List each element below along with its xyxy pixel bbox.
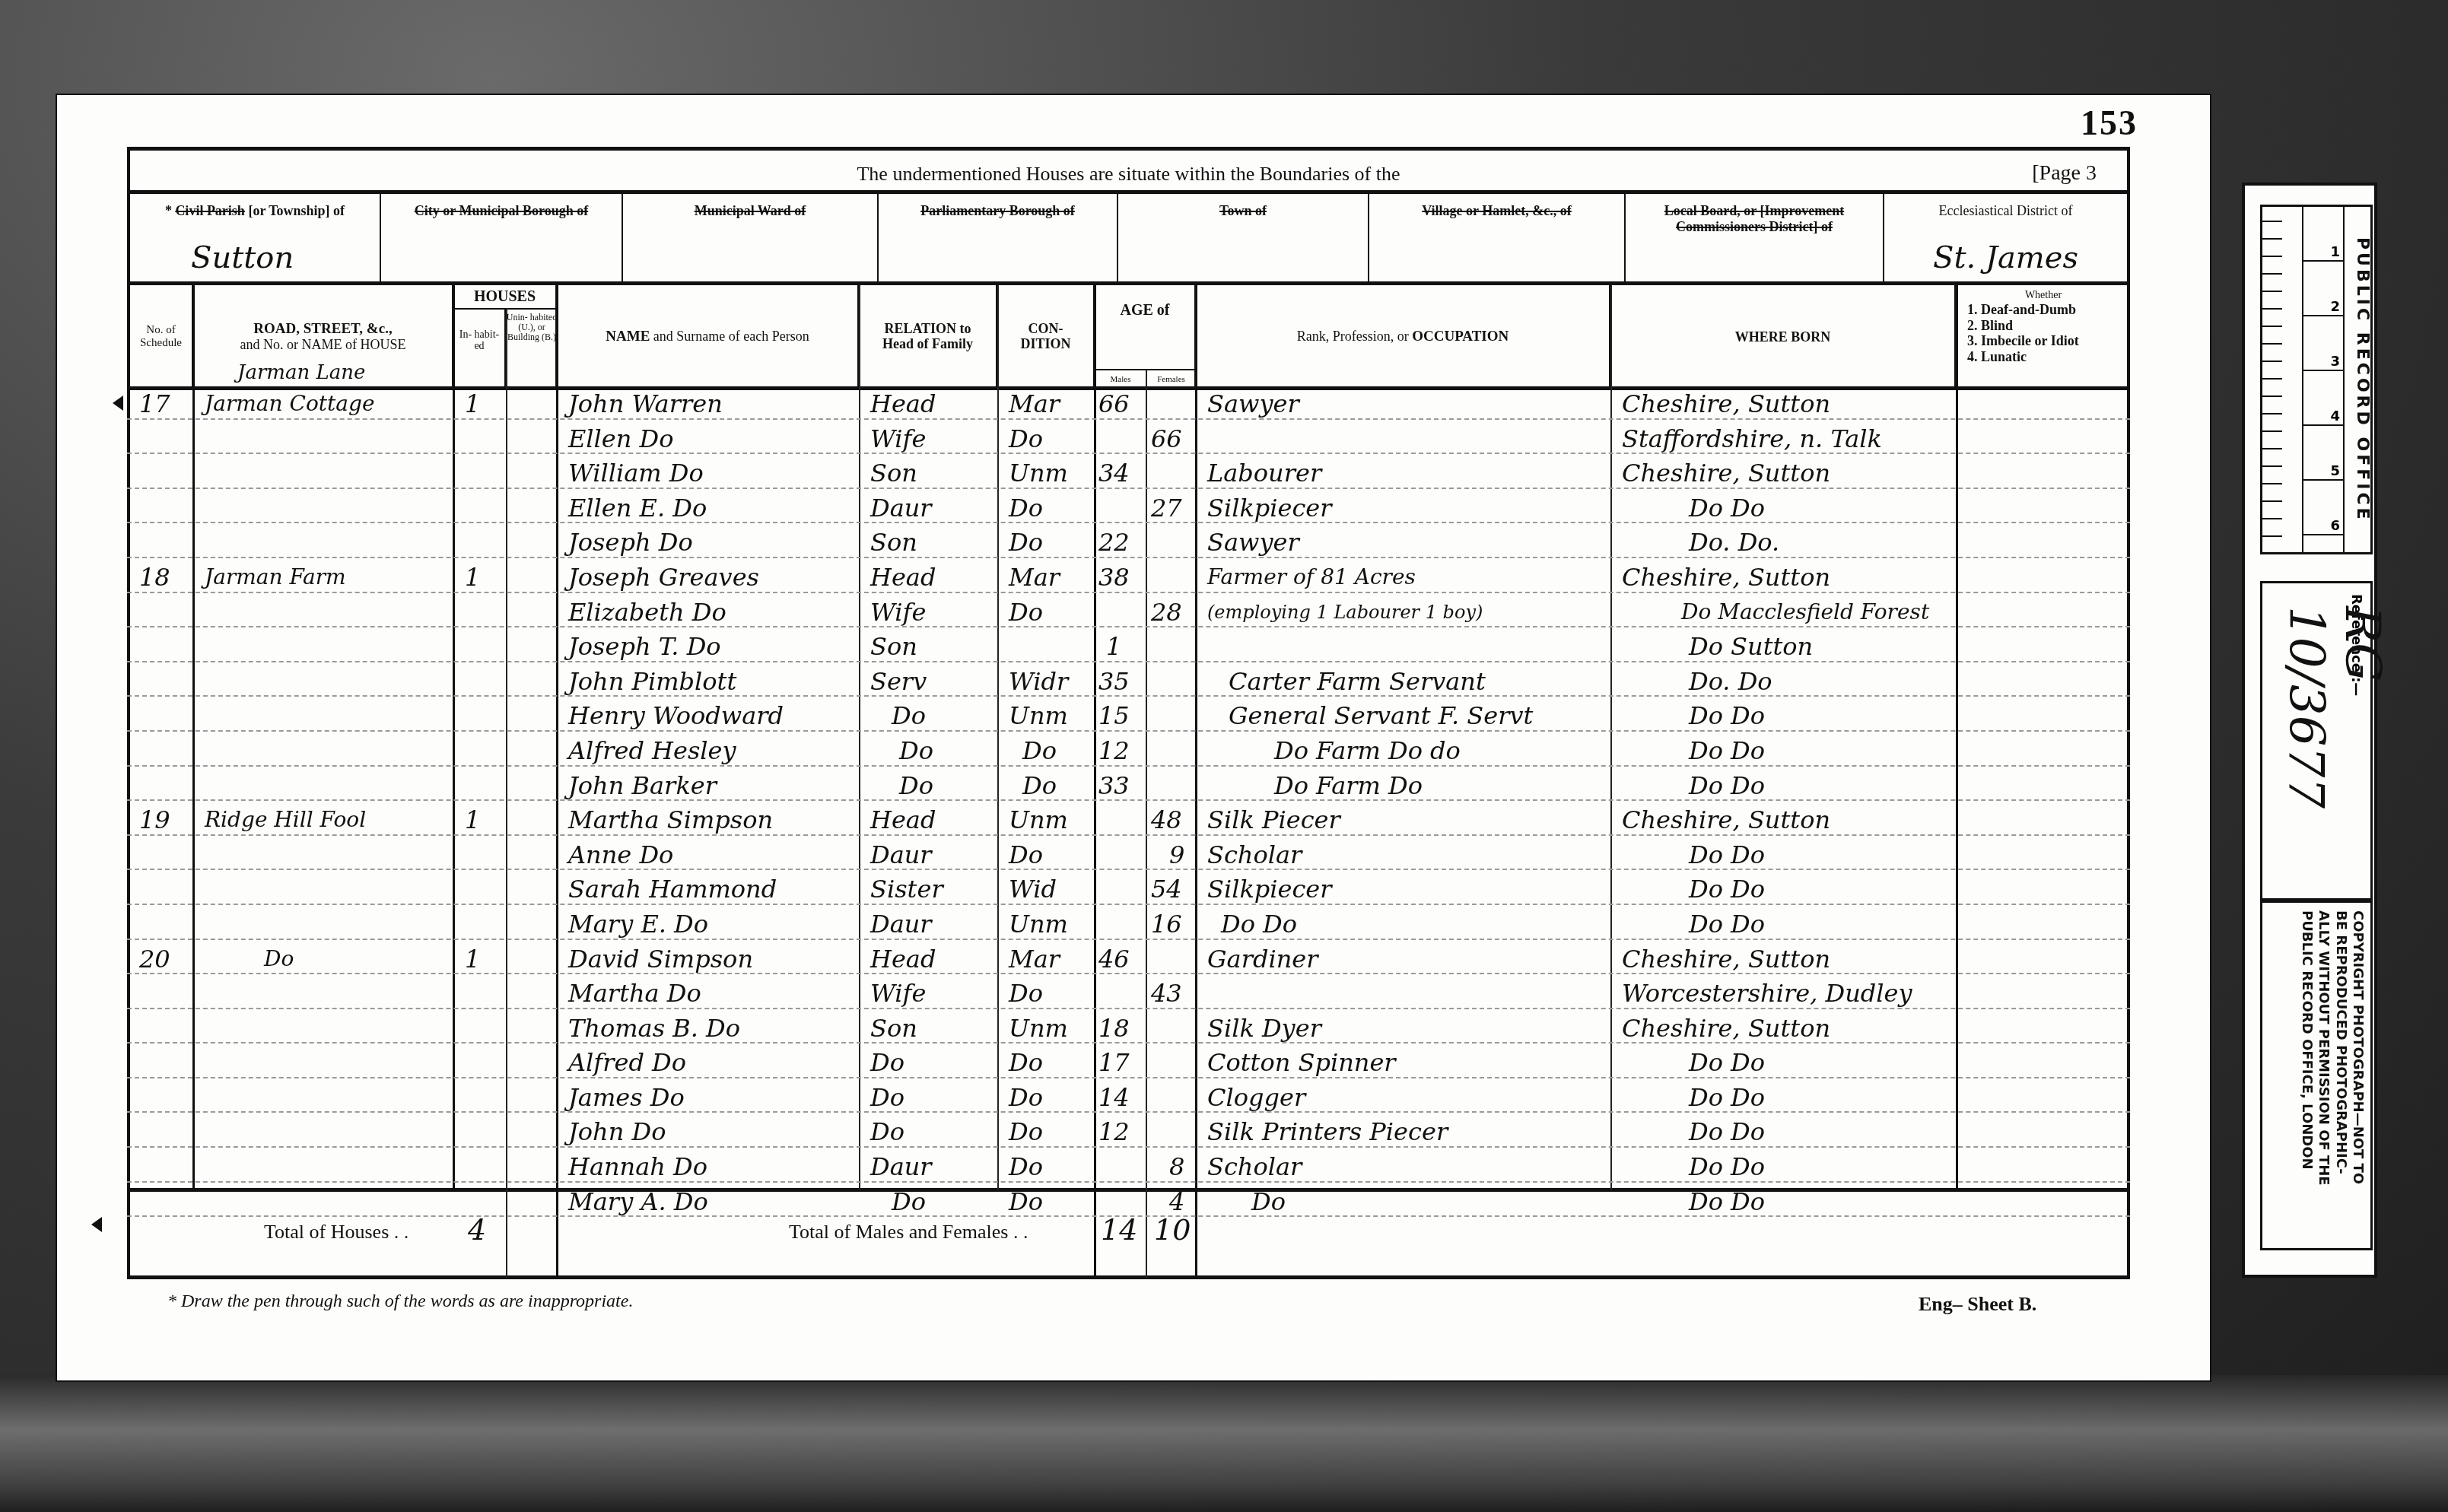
- birthplace: Do Do: [1613, 1082, 1765, 1117]
- schedule-number: [130, 1082, 139, 1117]
- census-row: John Do Do Do 12 Silk Printers Piecer Do…: [127, 1116, 2130, 1151]
- person-name: Joseph Greaves: [559, 561, 759, 596]
- infirmity: [1958, 388, 2132, 423]
- relation: Son: [861, 526, 917, 561]
- female-age: [1146, 561, 1151, 596]
- census-row: James Do Do Do 14 Clogger Do Do: [127, 1082, 2130, 1117]
- occupation: Scholar: [1198, 839, 1302, 874]
- house-name: Jarman Cottage: [196, 388, 454, 423]
- census-entries: 17 Jarman Cottage 1 John Warren Head Mar…: [127, 388, 2130, 1220]
- male-age: 18: [1095, 1012, 1130, 1047]
- houses-inhabited: [456, 1151, 465, 1186]
- relation: Son: [861, 1012, 917, 1047]
- female-age: 8: [1146, 1151, 1184, 1186]
- census-row: Ellen Do Wife Do 66 Staffordshire, n. Ta…: [127, 423, 2130, 458]
- female-age: [1146, 943, 1151, 978]
- occupation: (employing 1 Labourer 1 boy): [1198, 596, 1483, 631]
- person-name: Joseph T. Do: [559, 631, 721, 665]
- person-name: David Simpson: [559, 943, 753, 978]
- census-row: Elizabeth Do Wife Do 28 (employing 1 Lab…: [127, 596, 2130, 631]
- schedule-number: [130, 526, 139, 561]
- house-name: [196, 1082, 205, 1117]
- house-name: [196, 1047, 205, 1082]
- person-name: Elizabeth Do: [559, 596, 726, 631]
- person-name: Joseph Do: [559, 526, 693, 561]
- birthplace: Do Do: [1613, 492, 1765, 527]
- person-name: Martha Do: [559, 977, 701, 1012]
- male-age: [1095, 977, 1098, 1012]
- person-name: Ellen E. Do: [559, 492, 707, 527]
- house-name: [196, 700, 205, 735]
- birthplace: Do Do: [1613, 839, 1765, 874]
- infirmity: [1958, 1047, 1967, 1082]
- occupation: Clogger: [1198, 1082, 1305, 1117]
- occupation: Labourer: [1198, 457, 1321, 492]
- public-record-office-strip: 1 2 3 4 5 6 PUBLIC RECORD OFFICE Referen…: [2242, 183, 2377, 1278]
- census-row: Hannah Do Daur Do 8 Scholar Do Do: [127, 1151, 2130, 1186]
- relation: Do: [861, 700, 926, 735]
- infirmity: [1958, 943, 1967, 978]
- condition: Do: [1000, 492, 1043, 527]
- relation: Head: [861, 561, 936, 596]
- female-age: [1146, 700, 1151, 735]
- occupation: General Servant F. Servt: [1198, 700, 1533, 735]
- condition: Unm: [1000, 908, 1068, 943]
- house-name: [196, 665, 205, 700]
- female-age: [1146, 457, 1151, 492]
- ecclesiastical-district-value: St. James: [1884, 240, 2127, 275]
- condition: Unm: [1000, 457, 1068, 492]
- houses-inhabited: [456, 596, 465, 631]
- female-age: 9: [1146, 839, 1184, 874]
- relation: Do: [861, 1082, 904, 1117]
- relation: Serv: [861, 665, 927, 700]
- birthplace: Cheshire, Sutton: [1613, 1012, 1830, 1047]
- infirmity: [1958, 526, 1967, 561]
- condition: Do: [1000, 596, 1043, 631]
- district-civil-parish: * Civil Parish [or Township] of Sutton: [130, 192, 381, 281]
- infirmity: [1958, 977, 1967, 1012]
- relation: Do: [861, 1116, 904, 1151]
- houses-inhabited: [456, 492, 465, 527]
- header-relation: RELATION to Head of Family: [860, 285, 998, 388]
- ruler-ticks: [2262, 207, 2303, 552]
- occupation: [1198, 977, 1207, 1012]
- birthplace: Staffordshire, n. Talk: [1613, 423, 1882, 458]
- birthplace: Cheshire, Sutton: [1613, 561, 1830, 596]
- header-schedule: No. of Schedule: [130, 285, 194, 388]
- houses-inhabited: [456, 908, 465, 943]
- female-age: [1146, 1082, 1151, 1117]
- person-name: Hannah Do: [559, 1151, 707, 1186]
- female-age: 54: [1146, 873, 1182, 908]
- census-row: 18 Jarman Farm 1 Joseph Greaves Head Mar…: [127, 561, 2130, 596]
- condition: Unm: [1000, 804, 1068, 839]
- female-age: [1146, 1012, 1151, 1047]
- person-name: Sarah Hammond: [559, 873, 777, 908]
- condition: Wid: [1000, 873, 1057, 908]
- total-houses-label: Total of Houses . .: [264, 1221, 409, 1244]
- occupation: Sawyer: [1198, 526, 1299, 561]
- male-age: 33: [1095, 770, 1130, 805]
- male-age: [1095, 873, 1098, 908]
- house-name: [196, 770, 205, 805]
- house-name: [196, 908, 205, 943]
- relation: Wife: [861, 977, 926, 1012]
- person-name: Martha Simpson: [559, 804, 773, 839]
- houses-inhabited: [456, 1116, 465, 1151]
- male-age: 17: [1095, 1047, 1130, 1082]
- schedule-number: 17: [130, 388, 194, 423]
- relation: Daur: [861, 908, 932, 943]
- condition: Do: [1000, 1116, 1043, 1151]
- title-row: The undermentioned Houses are situate wi…: [127, 152, 2130, 190]
- birthplace: Cheshire, Sutton: [1613, 388, 1958, 423]
- relation: Wife: [861, 596, 926, 631]
- houses-inhabited: [456, 1012, 465, 1047]
- infirmity: [1958, 735, 1967, 770]
- schedule-number: [130, 1047, 139, 1082]
- relation: Do: [861, 1047, 904, 1082]
- female-age: 28: [1146, 596, 1182, 631]
- census-row: Henry Woodward Do Unm 15 General Servant…: [127, 700, 2130, 735]
- condition: Do: [1000, 735, 1057, 770]
- census-row: Joseph Do Son Do 22 Sawyer Do. Do.: [127, 526, 2130, 561]
- condition: [1000, 631, 1009, 665]
- infirmity: [1958, 561, 1967, 596]
- reference-value: RG 10/3677: [2278, 606, 2390, 898]
- male-age: 1: [1095, 631, 1121, 665]
- schedule-number: [130, 873, 139, 908]
- female-age: 43: [1146, 977, 1182, 1012]
- infirmity: [1958, 1116, 1967, 1151]
- schedule-number: [130, 770, 139, 805]
- male-age: 46: [1095, 943, 1130, 978]
- relation: Daur: [861, 839, 932, 874]
- house-name: [196, 631, 205, 665]
- infirmity: [1958, 804, 1967, 839]
- houses-inhabited: [456, 977, 465, 1012]
- condition: Widr: [1000, 665, 1068, 700]
- census-row: 17 Jarman Cottage 1 John Warren Head Mar…: [127, 388, 2130, 423]
- person-name: Henry Woodward: [559, 700, 784, 735]
- schedule-number: [130, 839, 139, 874]
- houses-inhabited: [456, 700, 465, 735]
- schedule-number: [130, 700, 139, 735]
- relation: Daur: [861, 492, 932, 527]
- houses-inhabited: [456, 873, 465, 908]
- schedule-number: [130, 596, 139, 631]
- house-name: [196, 1116, 205, 1151]
- birthplace: Do Sutton: [1613, 631, 1813, 665]
- schedule-number: [130, 735, 139, 770]
- header-infirmity: Whether 1. Deaf-and-Dumb 2. Blind 3. Imb…: [1957, 285, 2130, 388]
- margin-arrow-icon: [113, 395, 123, 411]
- occupation: [1198, 631, 1207, 665]
- relation: Head: [861, 804, 936, 839]
- census-row: Alfred Do Do Do 17 Cotton Spinner Do Do: [127, 1047, 2130, 1082]
- houses-inhabited: [456, 735, 465, 770]
- female-age: 66: [1146, 423, 1182, 458]
- census-row: 19 Ridge Hill Fool 1 Martha Simpson Head…: [127, 804, 2130, 839]
- ruler-cm-boxes: 1 2 3 4 5 6: [2302, 207, 2345, 552]
- schedule-number: [130, 665, 139, 700]
- infirmity: [1958, 700, 1967, 735]
- condition: Do: [1000, 1082, 1043, 1117]
- house-name: [196, 423, 205, 458]
- female-age: 27: [1146, 492, 1182, 527]
- district-municipal-borough: City or Municipal Borough of: [381, 192, 623, 281]
- district-ecclesiastical: Ecclesiastical District of St. James: [1884, 192, 2127, 281]
- houses-inhabited: 1: [456, 943, 480, 978]
- census-row: 20 Do 1 David Simpson Head Mar 46 Gardin…: [127, 943, 2130, 978]
- occupation: Gardiner: [1198, 943, 1318, 978]
- census-row: Mary E. Do Daur Unm 16 Do Do Do Do: [127, 908, 2130, 943]
- page-title: The undermentioned Houses are situate wi…: [127, 163, 2130, 186]
- infirmity: [1958, 596, 1967, 631]
- census-row: John Barker Do Do 33 Do Farm Do Do Do: [127, 770, 2130, 805]
- infirmity: [1958, 1012, 1967, 1047]
- street-name-note: Jarman Lane: [228, 357, 365, 388]
- person-name: Ellen Do: [559, 423, 673, 458]
- female-age: [1146, 388, 1197, 423]
- relation: Sister: [861, 873, 943, 908]
- male-age: 12: [1095, 735, 1130, 770]
- infirmity: [1958, 492, 1967, 527]
- house-name: [196, 492, 205, 527]
- birthplace: Do Do: [1613, 1151, 1765, 1186]
- header-occupation: Rank, Profession, or OCCUPATION: [1197, 285, 1611, 388]
- houses-inhabited: [456, 1047, 465, 1082]
- infirmity: [1958, 839, 1967, 874]
- female-age: [1146, 665, 1151, 700]
- houses-inhabited: [456, 770, 465, 805]
- house-name: Do: [196, 943, 294, 978]
- census-row: Alfred Hesley Do Do 12 Do Farm Do do Do …: [127, 735, 2130, 770]
- condition: Mar: [1000, 561, 1060, 596]
- page-number: [Page 3: [2032, 161, 2097, 186]
- occupation: Cotton Spinner: [1198, 1047, 1396, 1082]
- district-municipal-ward: Municipal Ward of: [623, 192, 879, 281]
- relation: Son: [861, 457, 917, 492]
- male-age: 34: [1095, 457, 1130, 492]
- infirmity: [1958, 1082, 1967, 1117]
- female-age: 48: [1146, 804, 1182, 839]
- total-females-value: 10: [1154, 1213, 1191, 1247]
- female-age: [1146, 526, 1151, 561]
- occupation: Silkpiecer: [1198, 873, 1332, 908]
- occupation: Silk Dyer: [1198, 1012, 1321, 1047]
- condition: Mar: [1000, 388, 1097, 423]
- house-name: [196, 839, 205, 874]
- person-name: James Do: [559, 1082, 685, 1117]
- census-row: Joseph T. Do Son 1 Do Sutton: [127, 631, 2130, 665]
- relation: Head: [861, 388, 1000, 423]
- infirmity: [1958, 770, 1967, 805]
- birthplace: Do Do: [1613, 735, 1765, 770]
- birthplace: Do Do: [1613, 908, 1765, 943]
- female-age: [1146, 631, 1151, 665]
- occupation: Do Farm Do: [1198, 770, 1423, 805]
- house-name: Ridge Hill Fool: [196, 804, 366, 839]
- person-name: John Barker: [559, 770, 717, 805]
- occupation: Silk Printers Piecer: [1198, 1116, 1448, 1151]
- male-age: 66: [1095, 388, 1146, 423]
- relation: Do: [861, 770, 933, 805]
- occupation: Sawyer: [1198, 388, 1613, 423]
- infirmity: [1958, 423, 1967, 458]
- condition: Do: [1000, 770, 1057, 805]
- houses-inhabited: [456, 423, 465, 458]
- female-age: [1146, 770, 1151, 805]
- house-name: [196, 1151, 205, 1186]
- house-name: [196, 1012, 205, 1047]
- houses-inhabited: [456, 665, 465, 700]
- condition: Unm: [1000, 1012, 1068, 1047]
- birthplace: Worcestershire, Dudley: [1613, 977, 1912, 1012]
- person-name: Anne Do: [559, 839, 673, 874]
- district-town: Town of: [1118, 192, 1369, 281]
- schedule-number: [130, 977, 139, 1012]
- folio-number: 153: [2081, 103, 2138, 143]
- house-name: [196, 457, 205, 492]
- house-name: [196, 873, 205, 908]
- male-age: [1095, 804, 1098, 839]
- male-age: [1095, 423, 1098, 458]
- district-parliamentary-borough: Parliamentary Borough of: [879, 192, 1118, 281]
- birthplace: Do. Do.: [1613, 526, 1779, 561]
- copyright-notice: COPYRIGHT PHOTOGRAPH—NOT TO BE REPRODUCE…: [2260, 901, 2373, 1250]
- schedule-number: 18: [130, 561, 170, 596]
- condition: Unm: [1000, 700, 1068, 735]
- person-name: Alfred Do: [559, 1047, 686, 1082]
- schedule-number: [130, 492, 139, 527]
- birthplace: Do Macclesfield Forest: [1613, 596, 1929, 631]
- header-inhabited: In- habit- ed: [454, 308, 506, 388]
- infirmity: [1958, 908, 1967, 943]
- houses-inhabited: [456, 1082, 465, 1117]
- header-females: Females: [1146, 371, 1197, 388]
- total-houses-value: 4: [468, 1213, 486, 1247]
- male-age: 14: [1095, 1082, 1130, 1117]
- male-age: 22: [1095, 526, 1130, 561]
- birthplace: Cheshire, Sutton: [1613, 804, 1830, 839]
- occupation: Silk Piecer: [1198, 804, 1340, 839]
- relation: Son: [861, 631, 917, 665]
- condition: Do: [1000, 977, 1043, 1012]
- condition: Do: [1000, 526, 1043, 561]
- footnote: * Draw the pen through such of the words…: [167, 1291, 633, 1312]
- infirmity: [1958, 1151, 1967, 1186]
- schedule-number: [130, 457, 139, 492]
- census-row: Thomas B. Do Son Unm 18 Silk Dyer Cheshi…: [127, 1012, 2130, 1047]
- houses-inhabited: [456, 631, 465, 665]
- occupation: Farmer of 81 Acres: [1198, 561, 1416, 596]
- schedule-number: [130, 631, 139, 665]
- totals-row: Total of Houses . . 4 Total of Males and…: [127, 1190, 2130, 1278]
- birthplace: Cheshire, Sutton: [1613, 943, 1830, 978]
- infirmity: [1958, 457, 1967, 492]
- census-row: Anne Do Daur Do 9 Scholar Do Do: [127, 839, 2130, 874]
- occupation: Do Do: [1198, 908, 1297, 943]
- female-age: [1146, 735, 1151, 770]
- birthplace: Do Do: [1613, 1116, 1765, 1151]
- male-age: [1095, 1151, 1098, 1186]
- condition: Do: [1000, 423, 1043, 458]
- house-name: [196, 596, 205, 631]
- total-males-value: 14: [1101, 1213, 1137, 1247]
- infirmity: [1958, 873, 1967, 908]
- house-name: Jarman Farm: [196, 561, 346, 596]
- person-name: Mary E. Do: [559, 908, 708, 943]
- houses-inhabited: [456, 526, 465, 561]
- header-uninhabited: Unin- habited (U.), or Building (B.): [506, 308, 558, 388]
- houses-inhabited: 1: [456, 561, 480, 596]
- schedule-number: [130, 1012, 139, 1047]
- birthplace: Do. Do: [1613, 665, 1772, 700]
- header-where-born: WHERE BORN: [1611, 285, 1957, 388]
- person-name: John Do: [559, 1116, 666, 1151]
- schedule-number: 19: [130, 804, 170, 839]
- female-age: 16: [1146, 908, 1182, 943]
- person-name: William Do: [559, 457, 704, 492]
- infirmity: [1958, 665, 1967, 700]
- person-name: Alfred Hesley: [559, 735, 736, 770]
- condition: Do: [1000, 1151, 1043, 1186]
- census-row: Sarah Hammond Sister Wid 54 Silkpiecer D…: [127, 873, 2130, 908]
- schedule-number: [130, 1116, 139, 1151]
- civil-parish-value: Sutton: [130, 240, 380, 275]
- schedule-number: [130, 908, 139, 943]
- condition: Do: [1000, 839, 1043, 874]
- header-name: NAME and Surname of each Person: [558, 285, 860, 388]
- district-village-hamlet: Village or Hamlet, &c., of: [1369, 192, 1626, 281]
- occupation: Carter Farm Servant: [1198, 665, 1486, 700]
- person-name: John Pimblott: [559, 665, 736, 700]
- birthplace: Cheshire, Sutton: [1613, 457, 1830, 492]
- occupation: [1198, 423, 1207, 458]
- infirmity: [1958, 631, 1967, 665]
- schedule-number: 20: [130, 943, 170, 978]
- male-age: 38: [1095, 561, 1130, 596]
- header-condition: CON- DITION: [998, 285, 1095, 388]
- birthplace: Do Do: [1613, 873, 1765, 908]
- male-age: [1095, 492, 1098, 527]
- header-males: Males: [1095, 371, 1147, 388]
- male-age: 12: [1095, 1116, 1130, 1151]
- male-age: 15: [1095, 700, 1130, 735]
- reference-box: Reference :— RG 10/3677: [2260, 581, 2373, 901]
- relation: Head: [861, 943, 936, 978]
- female-age: [1146, 1116, 1151, 1151]
- relation: Daur: [861, 1151, 932, 1186]
- condition: Mar: [1000, 943, 1060, 978]
- houses-inhabited: [456, 839, 465, 874]
- occupation: Silkpiecer: [1198, 492, 1332, 527]
- total-persons-label: Total of Males and Females . .: [789, 1221, 1028, 1244]
- district-local-board: Local Board, or [Improvement Commissione…: [1626, 192, 1884, 281]
- occupation: Scholar: [1198, 1151, 1302, 1186]
- person-name: Thomas B. Do: [559, 1012, 740, 1047]
- census-row: John Pimblott Serv Widr 35 Carter Farm S…: [127, 665, 2130, 700]
- census-row: Ellen E. Do Daur Do 27 Silkpiecer Do Do: [127, 492, 2130, 527]
- relation: Do: [861, 735, 933, 770]
- male-age: 35: [1095, 665, 1130, 700]
- margin-arrow-icon: [91, 1217, 102, 1232]
- rule-top: [127, 147, 2130, 151]
- pro-title: PUBLIC RECORD OFFICE: [2345, 207, 2372, 552]
- houses-inhabited: 1: [456, 388, 506, 423]
